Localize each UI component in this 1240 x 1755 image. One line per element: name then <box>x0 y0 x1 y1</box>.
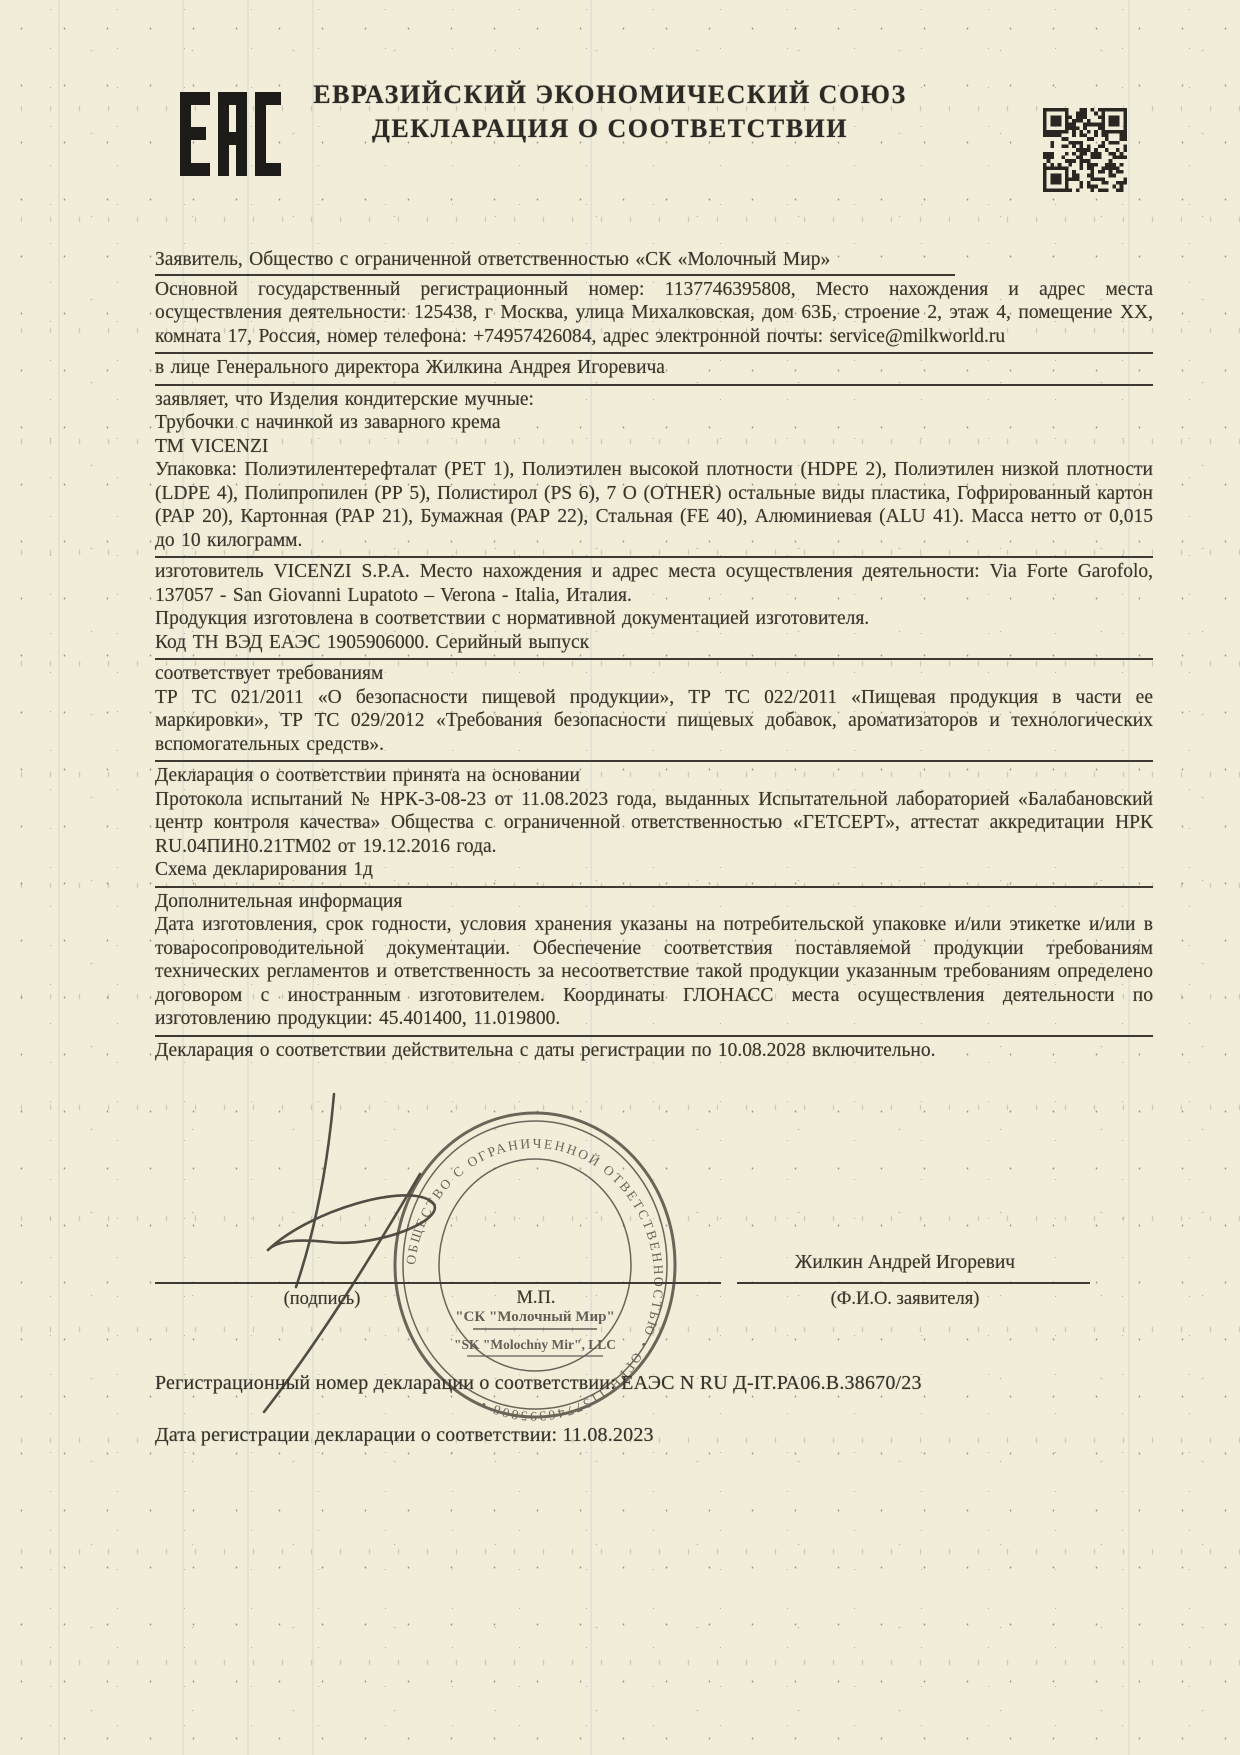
basis-heading: Декларация о соответствии принята на осн… <box>155 764 1153 788</box>
additional-info-row: Дополнительная информация Дата изготовле… <box>155 888 1153 1037</box>
applicant-name: Жилкин Андрей Игоревич <box>720 1252 1090 1274</box>
additional-text: Дата изготовления, срок годности, услови… <box>155 913 1153 1031</box>
validity-line: Декларация о соответствии действительна … <box>155 1039 1153 1063</box>
signature-line <box>155 1282 721 1284</box>
document-header: ЕВРАЗИЙСКИЙ ЭКОНОМИЧЕСКИЙ СОЮЗ ДЕКЛАРАЦИ… <box>300 78 920 146</box>
scan-line <box>58 0 60 1755</box>
additional-heading: Дополнительная информация <box>155 890 1153 914</box>
manufacturer-row: изготовитель VICENZI S.P.A. Место нахожд… <box>155 558 1153 660</box>
compliance-heading: соответствует требованиям <box>155 662 1153 686</box>
declaration-document: ЕВРАЗИЙСКИЙ ЭКОНОМИЧЕСКИЙ СОЮЗ ДЕКЛАРАЦИ… <box>0 0 1240 1755</box>
document-body: Заявитель, Общество с ограниченной ответ… <box>155 246 1153 1066</box>
production-note: Продукция изготовлена в соответствии с н… <box>155 607 1153 631</box>
representative-line: в лице Генерального директора Жилкина Ан… <box>155 356 1153 380</box>
applicant-name-line <box>737 1282 1090 1284</box>
basis-row: Декларация о соответствии принята на осн… <box>155 762 1153 888</box>
applicant-details: Основной государственный регистрационный… <box>155 278 1153 349</box>
manufacturer-info: изготовитель VICENZI S.P.A. Место нахожд… <box>155 560 1153 607</box>
compliance-regulations: ТР ТС 021/2011 «О безопасности пищевой п… <box>155 686 1153 757</box>
tnved-code: Код ТН ВЭД ЕАЭС 1905906000. Серийный вып… <box>155 631 1153 655</box>
stamp-place-label: М.П. <box>498 1288 574 1309</box>
document-title: ДЕКЛАРАЦИЯ О СООТВЕТСТВИИ <box>300 112 920 146</box>
signature-caption: (подпись) <box>252 1289 392 1310</box>
trademark: ТМ VICENZI <box>155 435 1153 459</box>
applicant-row: Заявитель, Общество с ограниченной ответ… <box>155 246 1153 276</box>
registration-date-line: Дата регистрации декларации о соответств… <box>155 1424 654 1447</box>
applicant-line: Заявитель, Общество с ограниченной ответ… <box>155 248 1153 272</box>
product-name: Трубочки с начинкой из заварного крема <box>155 411 1153 435</box>
applicant-name-caption: (Ф.И.О. заявителя) <box>720 1289 1090 1310</box>
product-row: заявляет, что Изделия кондитерские мучны… <box>155 386 1153 559</box>
compliance-row: соответствует требованиям ТР ТС 021/2011… <box>155 660 1153 762</box>
registration-number-line: Регистрационный номер декларации о соотв… <box>155 1372 922 1395</box>
basis-protocol: Протокола испытаний № НРК-3-08-23 от 11.… <box>155 788 1153 859</box>
representative-row: в лице Генерального директора Жилкина Ан… <box>155 354 1153 386</box>
union-name: ЕВРАЗИЙСКИЙ ЭКОНОМИЧЕСКИЙ СОЮЗ <box>300 78 920 112</box>
validity-row: Декларация о соответствии действительна … <box>155 1037 1153 1067</box>
packaging-text: Упаковка: Полиэтилентерефталат (РЕТ 1), … <box>155 458 1153 552</box>
applicant-details-row: Основной государственный регистрационный… <box>155 276 1153 355</box>
eac-logo-icon <box>172 84 284 186</box>
qr-code <box>1043 106 1127 194</box>
stamp-center-line1: "СК "Молочный Мир" <box>455 1309 615 1325</box>
declaration-scheme: Схема декларирования 1д <box>155 858 1153 882</box>
stamp-center-line2: "SK "Molochny Mir", LLC <box>454 1337 616 1352</box>
declares-line: заявляет, что Изделия кондитерские мучны… <box>155 388 1153 412</box>
